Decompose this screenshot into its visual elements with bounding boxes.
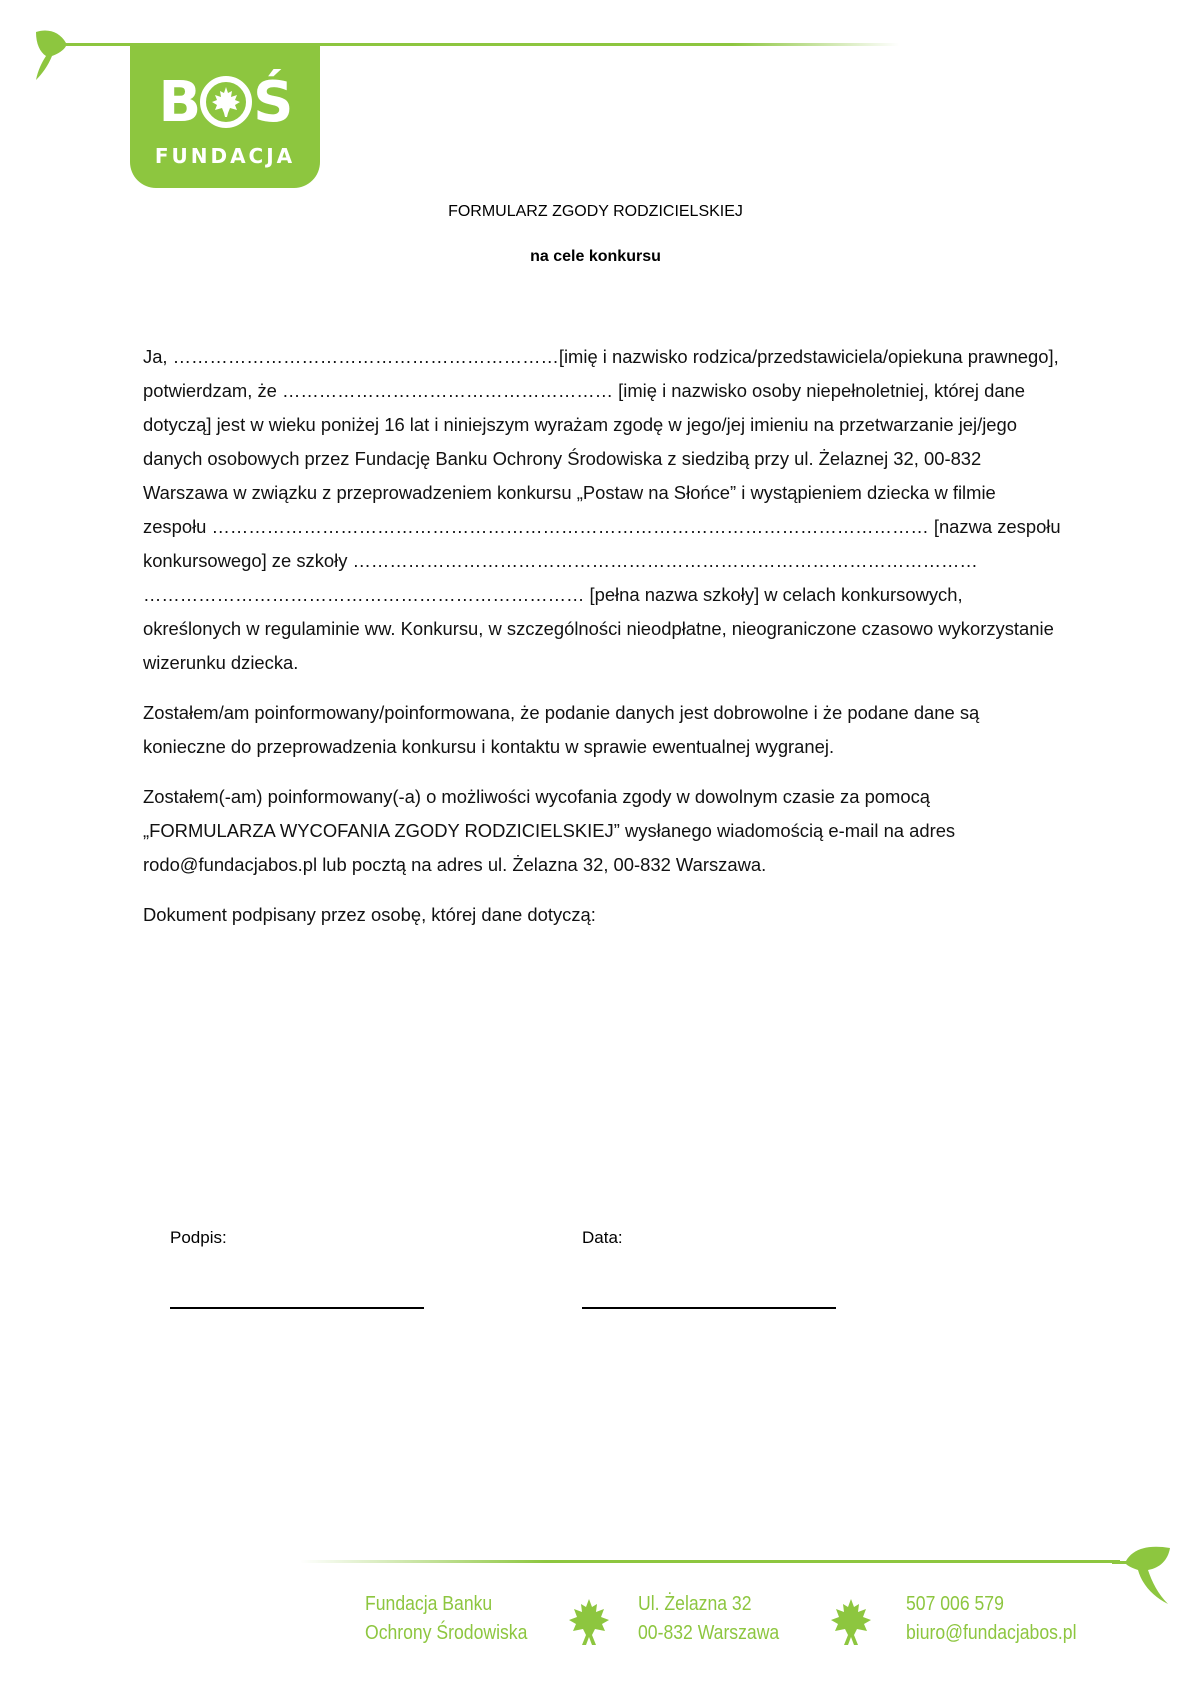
consent-paragraph: Ja, ………………………………………………………[imię i nazwisk…: [143, 340, 1063, 680]
maple-leaf-icon: [211, 86, 241, 118]
document-subtitle: na cele konkursu: [0, 248, 1191, 266]
footer-org-line-1: Fundacja Banku: [365, 1590, 527, 1619]
footer-org-line-2: Ochrony Środowiska: [365, 1619, 527, 1648]
document-title: FORMULARZ ZGODY RODZICIELSKIEJ: [0, 203, 1191, 221]
footer-organization: Fundacja Banku Ochrony Środowiska: [365, 1590, 527, 1648]
footer-divider-line: [300, 1560, 1120, 1563]
leaf-icon: [26, 26, 84, 86]
footer-email[interactable]: biuro@fundacjabos.pl: [906, 1619, 1077, 1648]
signature-field[interactable]: [170, 1307, 424, 1309]
logo-letter-s: Ś: [253, 70, 291, 135]
information-paragraph: Zostałem/am poinformowany/poinformowana,…: [143, 696, 1063, 764]
maple-leaf-icon: [830, 1597, 872, 1647]
date-label: Data:: [582, 1228, 623, 1248]
footer-address-line-2: 00-832 Warszawa: [638, 1619, 779, 1648]
date-field[interactable]: [582, 1307, 836, 1309]
logo-letter-b: B: [158, 70, 199, 135]
signature-label: Podpis:: [170, 1228, 227, 1248]
footer-address: Ul. Żelazna 32 00-832 Warszawa: [638, 1590, 779, 1648]
footer-contact: 507 006 579 biuro@fundacjabos.pl: [906, 1590, 1077, 1648]
maple-leaf-icon: [568, 1597, 610, 1647]
withdrawal-paragraph: Zostałem(-am) poinformowany(-a) o możliw…: [143, 780, 1063, 882]
footer-phone[interactable]: 507 006 579: [906, 1590, 1077, 1619]
leaf-icon: [1112, 1540, 1172, 1606]
logo: B Ś FUNDACJA: [130, 44, 320, 188]
logo-subtitle: FUNDACJA: [130, 144, 320, 168]
document-body: Ja, ………………………………………………………[imię i nazwisk…: [143, 340, 1063, 948]
logo-wordmark: B Ś: [150, 66, 300, 138]
footer-address-line-1: Ul. Żelazna 32: [638, 1590, 779, 1619]
logo-o-ring: [200, 76, 252, 128]
signature-intro: Dokument podpisany przez osobę, której d…: [143, 898, 1063, 932]
